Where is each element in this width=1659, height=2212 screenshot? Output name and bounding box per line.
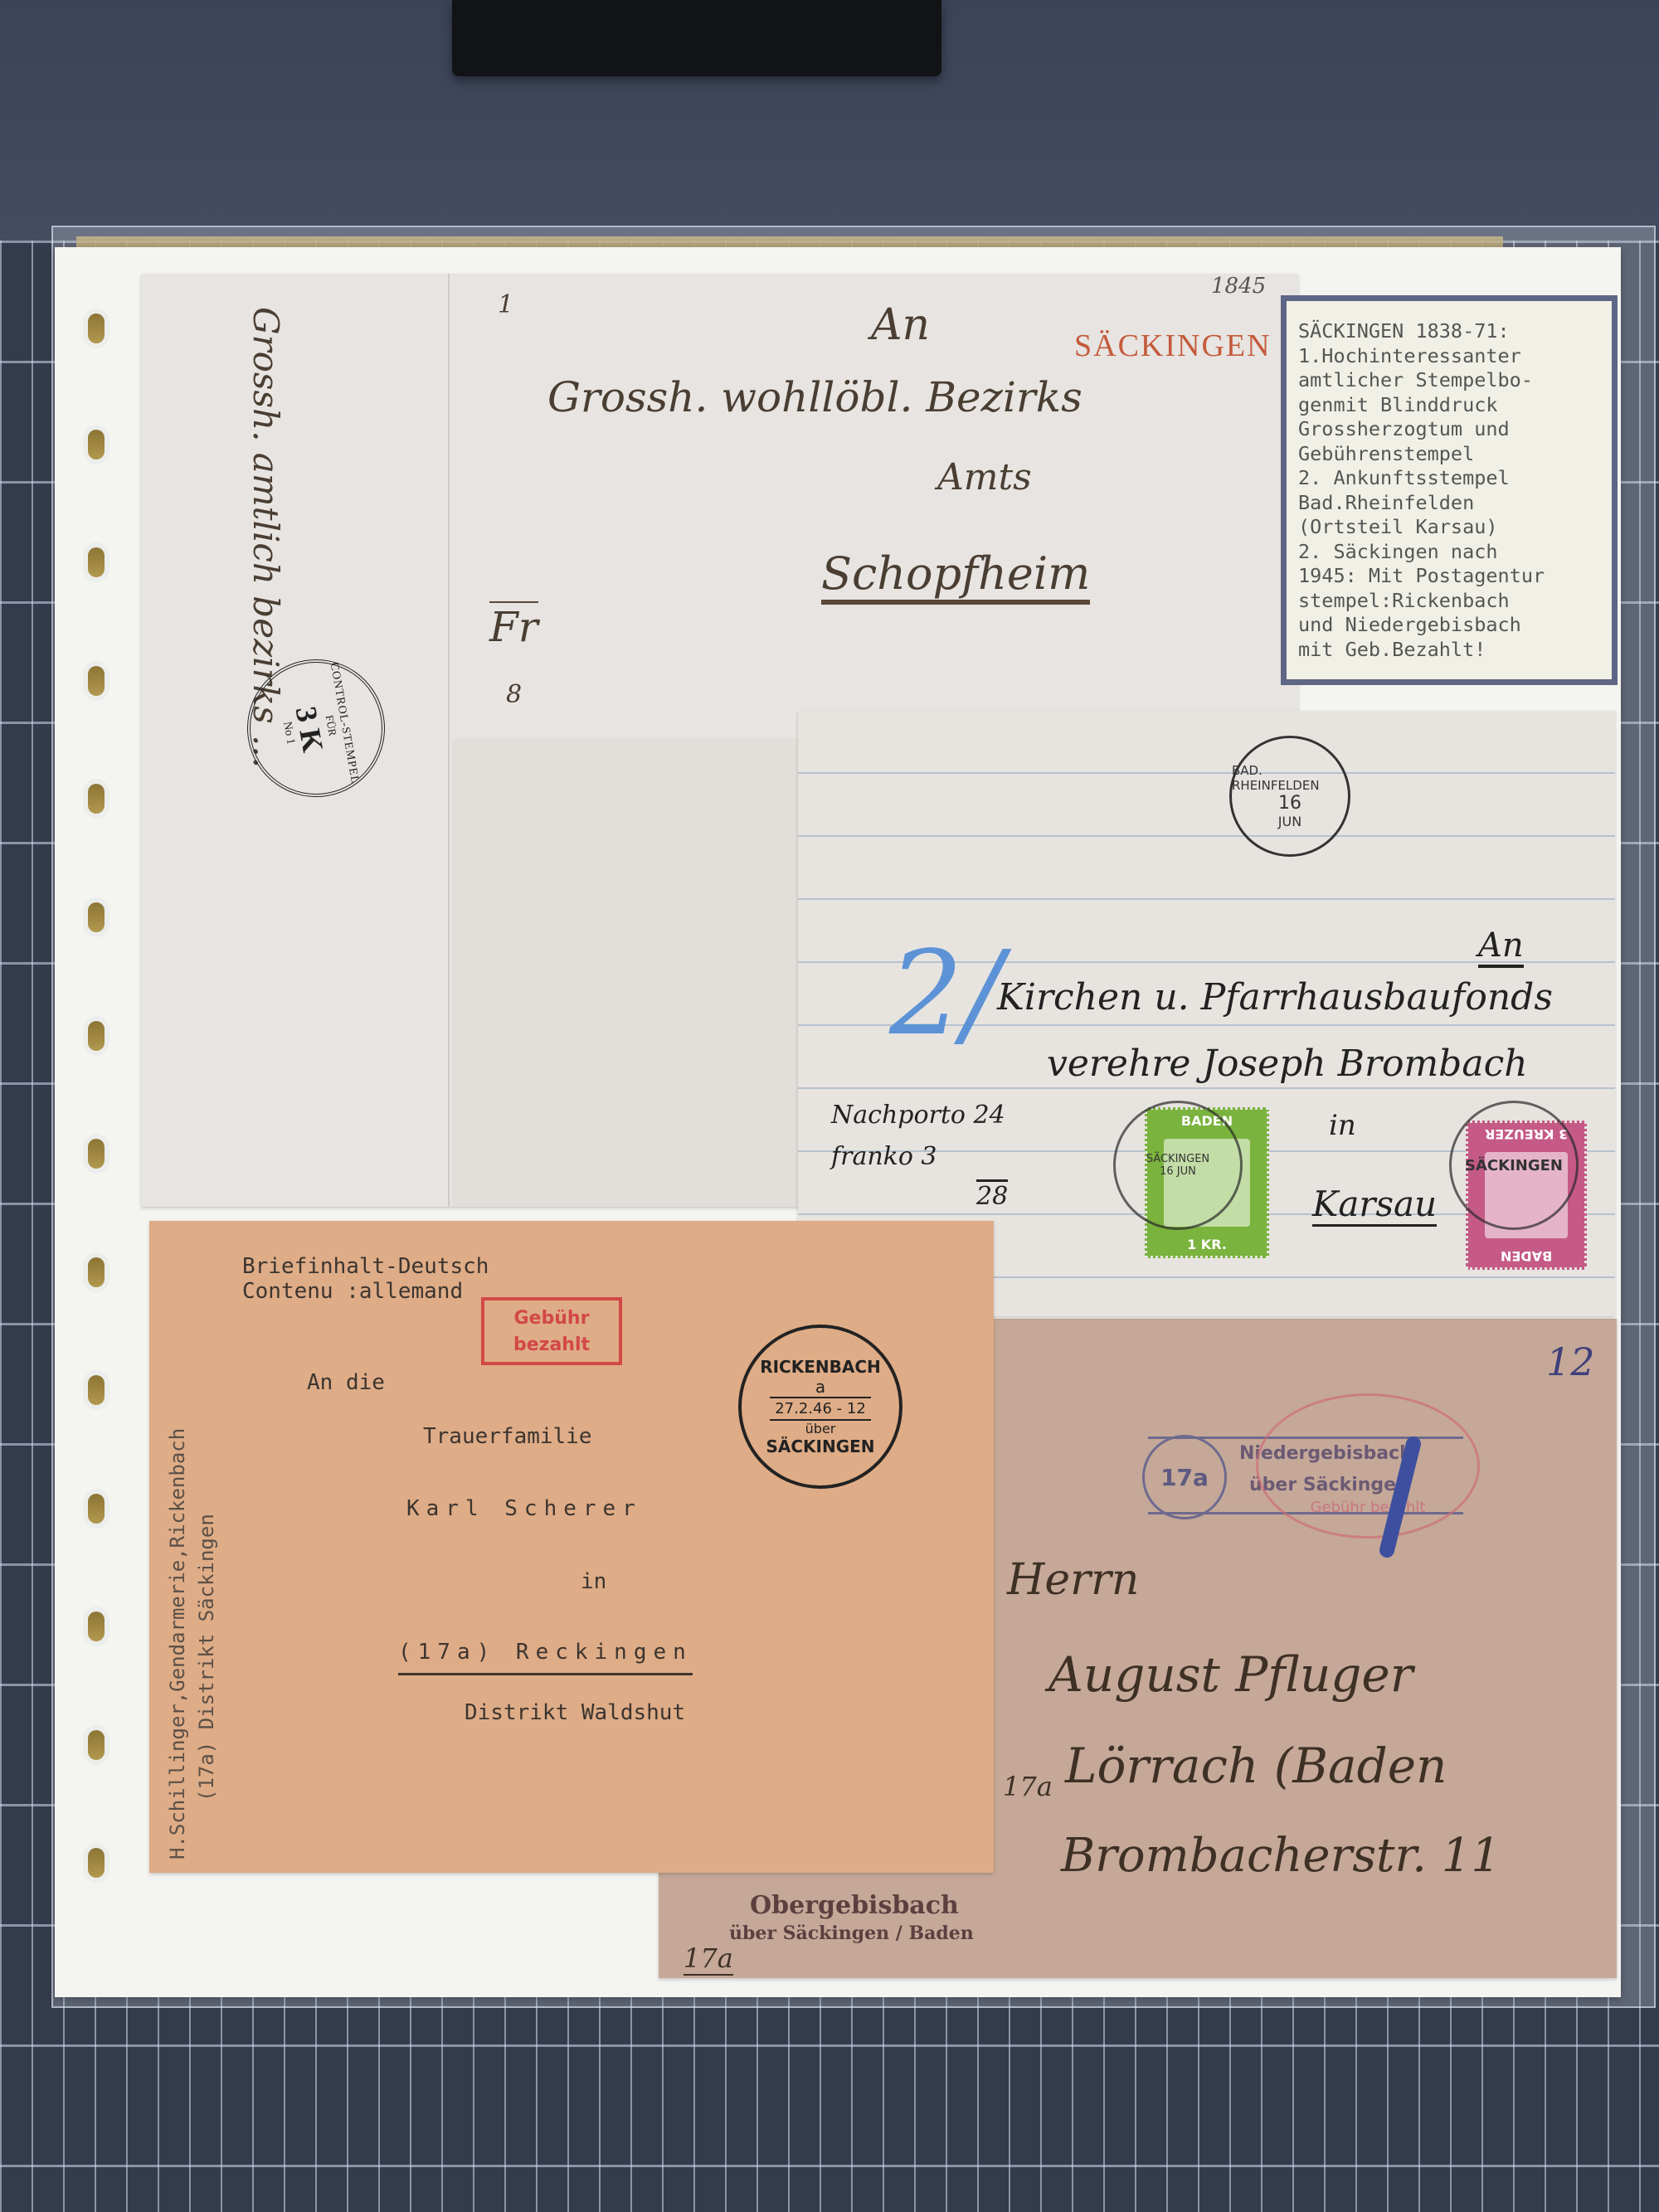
address-line: An xyxy=(1478,926,1524,968)
sender-stamp-line: über Säckingen / Baden xyxy=(729,1923,974,1944)
card-line: genmit Blinddruck xyxy=(1298,393,1498,416)
address-line: (17a) Reckingen xyxy=(398,1640,693,1675)
binder-hole xyxy=(88,1494,105,1524)
address-line: in xyxy=(1329,1109,1356,1142)
year-note: 1845 xyxy=(1211,274,1266,299)
red-town-postmark: SÄCKINGEN xyxy=(1074,328,1272,364)
card-line: SÄCKINGEN 1838-71: xyxy=(1298,319,1510,343)
bad-rheinfelden-postmark: BAD. RHEINFELDEN 16 JUN xyxy=(1229,736,1350,857)
zone-17a-circle: 17a xyxy=(1142,1435,1227,1519)
zone-note: 17a xyxy=(1003,1771,1053,1802)
sender-line: (17a) Distrikt Säckingen xyxy=(195,1514,218,1801)
corner-mark: Fr xyxy=(489,601,538,651)
card-line: amtlicher Stempelbo- xyxy=(1298,368,1533,391)
gebuehr-bezahlt-oval: Gebühr bezahlt xyxy=(1256,1393,1480,1539)
gebuehr-bezahlt-box: Gebühr bezahlt xyxy=(481,1297,622,1365)
binder-hole xyxy=(88,784,105,814)
binder-hole xyxy=(88,1612,105,1641)
corner-mark: 1 xyxy=(498,290,513,319)
tax-line: 28 xyxy=(976,1179,1008,1211)
fold-line xyxy=(448,274,450,1207)
card-line: 1.Hochinteressanter xyxy=(1298,344,1521,367)
binder-hole xyxy=(88,666,105,696)
sender-stamp-line: Obergebisbach xyxy=(750,1891,959,1920)
card-line: Grossherzogtum und xyxy=(1298,417,1510,440)
corner-number: 12 xyxy=(1546,1339,1595,1384)
card-line: 2. Säckingen nach xyxy=(1298,540,1498,563)
sender-line: H.Schillinger,Gendarmerie,Rickenbach xyxy=(166,1428,189,1860)
rickenbach-cover-1946: Briefinhalt-Deutsch Contenu :allemand Ge… xyxy=(149,1221,994,1873)
address-line: Brombacherstr. 11 xyxy=(1061,1829,1501,1883)
address-line: Trauerfamilie xyxy=(423,1424,592,1449)
address-line: August Pfluger xyxy=(1048,1646,1413,1703)
rickenbach-postmark: RICKENBACH a 27.2.46 - 12 über SÄCKINGEN xyxy=(738,1325,902,1489)
card-line: 2. Ankunftsstempel xyxy=(1298,466,1510,489)
address-line: verehre Joseph Brombach xyxy=(1047,1043,1528,1085)
address-line: Herrn xyxy=(1007,1555,1139,1605)
address-line: Lörrach (Baden xyxy=(1065,1738,1447,1794)
tax-line: franko 3 xyxy=(831,1142,937,1171)
address-line: in xyxy=(581,1569,606,1594)
address-line: An die xyxy=(307,1370,385,1395)
saeckingen-cancel: SÄCKINGEN xyxy=(1449,1101,1579,1230)
address-line: Karl Scherer xyxy=(406,1496,642,1521)
binder-hole xyxy=(88,1257,105,1287)
card-line: 1945: Mit Postagentur xyxy=(1298,564,1545,587)
saeckingen-cancel: SÄCKINGEN 16 JUN xyxy=(1113,1101,1243,1230)
binder-hole xyxy=(88,547,105,577)
binder-hole xyxy=(88,1848,105,1878)
binder-hole xyxy=(88,1021,105,1051)
zone-note: 17a xyxy=(684,1942,733,1976)
card-line: mit Geb.Bezahlt! xyxy=(1298,638,1486,661)
tax-line: Nachporto 24 xyxy=(831,1101,1005,1130)
blue-crayon-mark: 2/ xyxy=(889,926,1002,1062)
address-line: Grossh. wohllöbl. Bezirks xyxy=(547,373,1082,421)
card-line: und Niedergebisbach xyxy=(1298,613,1521,636)
binder-hole xyxy=(88,1730,105,1760)
card-line: Bad.Rheinfelden xyxy=(1298,491,1474,514)
content-note: Contenu :allemand xyxy=(242,1279,463,1304)
binder-hole xyxy=(88,430,105,459)
address-line: An xyxy=(871,300,930,350)
binder-hole xyxy=(88,1139,105,1169)
address-line: Amts xyxy=(937,456,1032,498)
binder-hole xyxy=(88,902,105,932)
card-line: Gebührenstempel xyxy=(1298,442,1474,465)
address-line: Karsau xyxy=(1312,1184,1437,1227)
description-card: SÄCKINGEN 1838-71: 1.Hochinteressanter a… xyxy=(1281,295,1618,685)
address-line: Kirchen u. Pfarrhausbaufonds xyxy=(997,976,1553,1018)
address-line: Schopfheim xyxy=(821,547,1090,605)
binder-hole xyxy=(88,314,105,343)
address-line: Distrikt Waldshut xyxy=(465,1700,685,1725)
content-note: Briefinhalt-Deutsch xyxy=(242,1254,489,1279)
binder-hole xyxy=(88,1375,105,1405)
card-line: stempel:Rickenbach xyxy=(1298,589,1510,612)
card-line: (Ortsteil Karsau) xyxy=(1298,515,1498,538)
black-object xyxy=(452,0,941,76)
corner-mark: 8 xyxy=(506,680,522,709)
